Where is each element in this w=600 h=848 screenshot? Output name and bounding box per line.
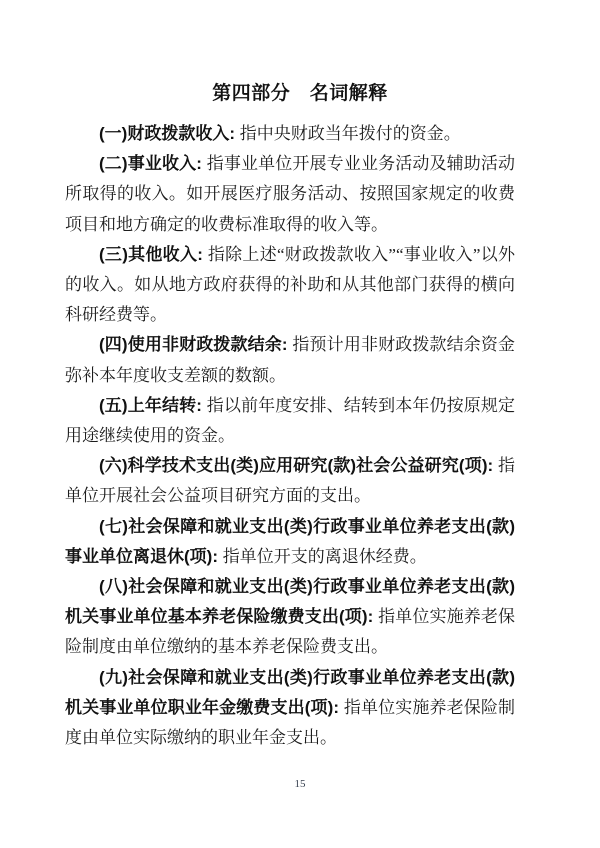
document-body: (一)财政拨款收入: 指中央财政当年拨付的资金。 (二)事业收入: 指事业单位开…	[65, 119, 515, 753]
page-title: 第四部分 名词解释	[0, 0, 600, 109]
term-paragraph: (九)社会保障和就业支出(类)行政事业单位养老支出(款)机关事业单位职业年金缴费…	[65, 663, 515, 754]
term-definition: 指单位开支的离退休经费。	[223, 547, 427, 566]
term-label: (三)其他收入:	[99, 245, 208, 264]
term-label: (一)财政拨款收入:	[99, 124, 240, 143]
term-paragraph: (三)其他收入: 指除上述“财政拨款收入”“事业收入”以外的收入。如从地方政府获…	[65, 240, 515, 331]
term-definition: 指中央财政当年拨付的资金。	[240, 124, 461, 143]
document-page: 第四部分 名词解释 (一)财政拨款收入: 指中央财政当年拨付的资金。 (二)事业…	[0, 0, 600, 848]
page-number: 15	[0, 777, 600, 791]
term-label: (五)上年结转:	[99, 396, 207, 415]
term-label: (四)使用非财政拨款结余:	[99, 335, 292, 354]
term-paragraph: (二)事业收入: 指事业单位开展专业业务活动及辅助活动所取得的收入。如开展医疗服…	[65, 149, 515, 240]
term-paragraph: (五)上年结转: 指以前年度安排、结转到本年仍按原规定用途继续使用的资金。	[65, 391, 515, 451]
term-label: (六)科学技术支出(类)应用研究(款)社会公益研究(项):	[99, 456, 498, 475]
term-paragraph: (一)财政拨款收入: 指中央财政当年拨付的资金。	[65, 119, 515, 149]
term-label: (二)事业收入:	[99, 154, 207, 173]
term-paragraph: (七)社会保障和就业支出(类)行政事业单位养老支出(款)事业单位离退休(项): …	[65, 512, 515, 572]
term-paragraph: (四)使用非财政拨款结余: 指预计用非财政拨款结余资金弥补本年度收支差额的数额。	[65, 330, 515, 390]
term-paragraph: (八)社会保障和就业支出(类)行政事业单位养老支出(款)机关事业单位基本养老保险…	[65, 572, 515, 663]
term-paragraph: (六)科学技术支出(类)应用研究(款)社会公益研究(项): 指单位开展社会公益项…	[65, 451, 515, 511]
